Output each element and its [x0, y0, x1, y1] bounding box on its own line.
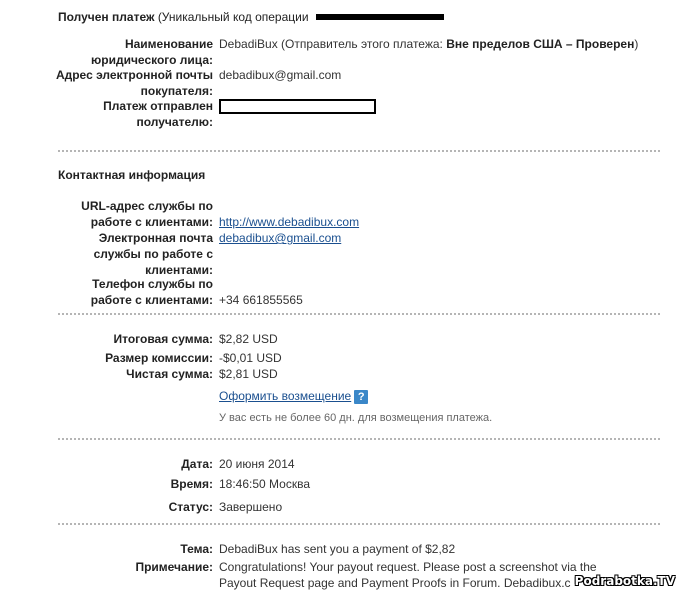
legal-name-text: DebadiBux (Отправитель этого платежа:: [219, 37, 446, 51]
payment-received-title: Получен платеж: [58, 10, 154, 24]
refund-container: Оформить возмещение?: [219, 388, 368, 404]
time-label: Время:: [171, 476, 213, 492]
support-url-label: URL-адрес службы по работе с клиентами:: [63, 198, 213, 230]
transaction-id-label: (Уникальный код операции: [158, 10, 309, 24]
net-amount-value: $2,81 USD: [219, 366, 278, 382]
status-value: Завершено: [219, 499, 282, 515]
note-line-2: Payout Request page and Payment Proofs i…: [219, 575, 571, 591]
net-amount-label: Чистая сумма:: [126, 366, 213, 382]
date-label: Дата:: [181, 456, 213, 472]
watermark: Podrabotka.TV: [575, 574, 675, 588]
legal-name-close: ): [634, 37, 638, 51]
support-email-link[interactable]: debadibux@gmail.com: [219, 231, 341, 245]
gross-amount-label: Итоговая сумма:: [113, 331, 213, 347]
recipient-value: [219, 98, 376, 114]
date-value: 20 июня 2014: [219, 456, 295, 472]
redacted-recipient: [219, 99, 376, 114]
divider: [58, 438, 660, 440]
buyer-email-label: Адрес электронной почты покупателя:: [53, 67, 213, 99]
divider: [58, 150, 660, 152]
legal-name-value: DebadiBux (Отправитель этого платежа: Вн…: [219, 36, 638, 52]
fee-value: -$0,01 USD: [219, 350, 282, 366]
support-phone-label: Телефон службы по работе с клиентами:: [63, 276, 213, 308]
support-email-value: debadibux@gmail.com: [219, 230, 341, 246]
subject-label: Тема:: [180, 541, 213, 557]
time-value: 18:46:50 Москва: [219, 476, 310, 492]
help-icon[interactable]: ?: [354, 390, 368, 404]
support-url-link[interactable]: http://www.debadibux.com: [219, 215, 359, 229]
redacted-transaction-id: [316, 14, 444, 20]
support-phone-value: +34 661855565: [219, 292, 303, 308]
support-url-value: http://www.debadibux.com: [219, 214, 359, 230]
note-line-1: Congratulations! Your payout request. Pl…: [219, 559, 597, 575]
status-label: Статус:: [169, 499, 213, 515]
subject-value: DebadiBux has sent you a payment of $2,8…: [219, 541, 455, 557]
recipient-label: Платеж отправлен получателю:: [63, 98, 213, 130]
buyer-email-value: debadibux@gmail.com: [219, 67, 341, 83]
refund-deadline-note: У вас есть не более 60 дн. для возмещени…: [219, 412, 492, 424]
contact-section-title: Контактная информация: [58, 168, 205, 182]
issue-refund-link[interactable]: Оформить возмещение: [219, 389, 351, 403]
divider: [58, 523, 660, 525]
payment-header: Получен платеж (Уникальный код операции: [58, 10, 444, 24]
note-label: Примечание:: [135, 559, 213, 575]
legal-name-label: Наименование юридического лица:: [53, 36, 213, 68]
divider: [58, 313, 660, 315]
fee-label: Размер комиссии:: [105, 350, 213, 366]
sender-status: Вне пределов США – Проверен: [446, 37, 634, 51]
gross-amount-value: $2,82 USD: [219, 331, 278, 347]
support-email-label: Электронная почта службы по работе с кли…: [83, 230, 213, 278]
